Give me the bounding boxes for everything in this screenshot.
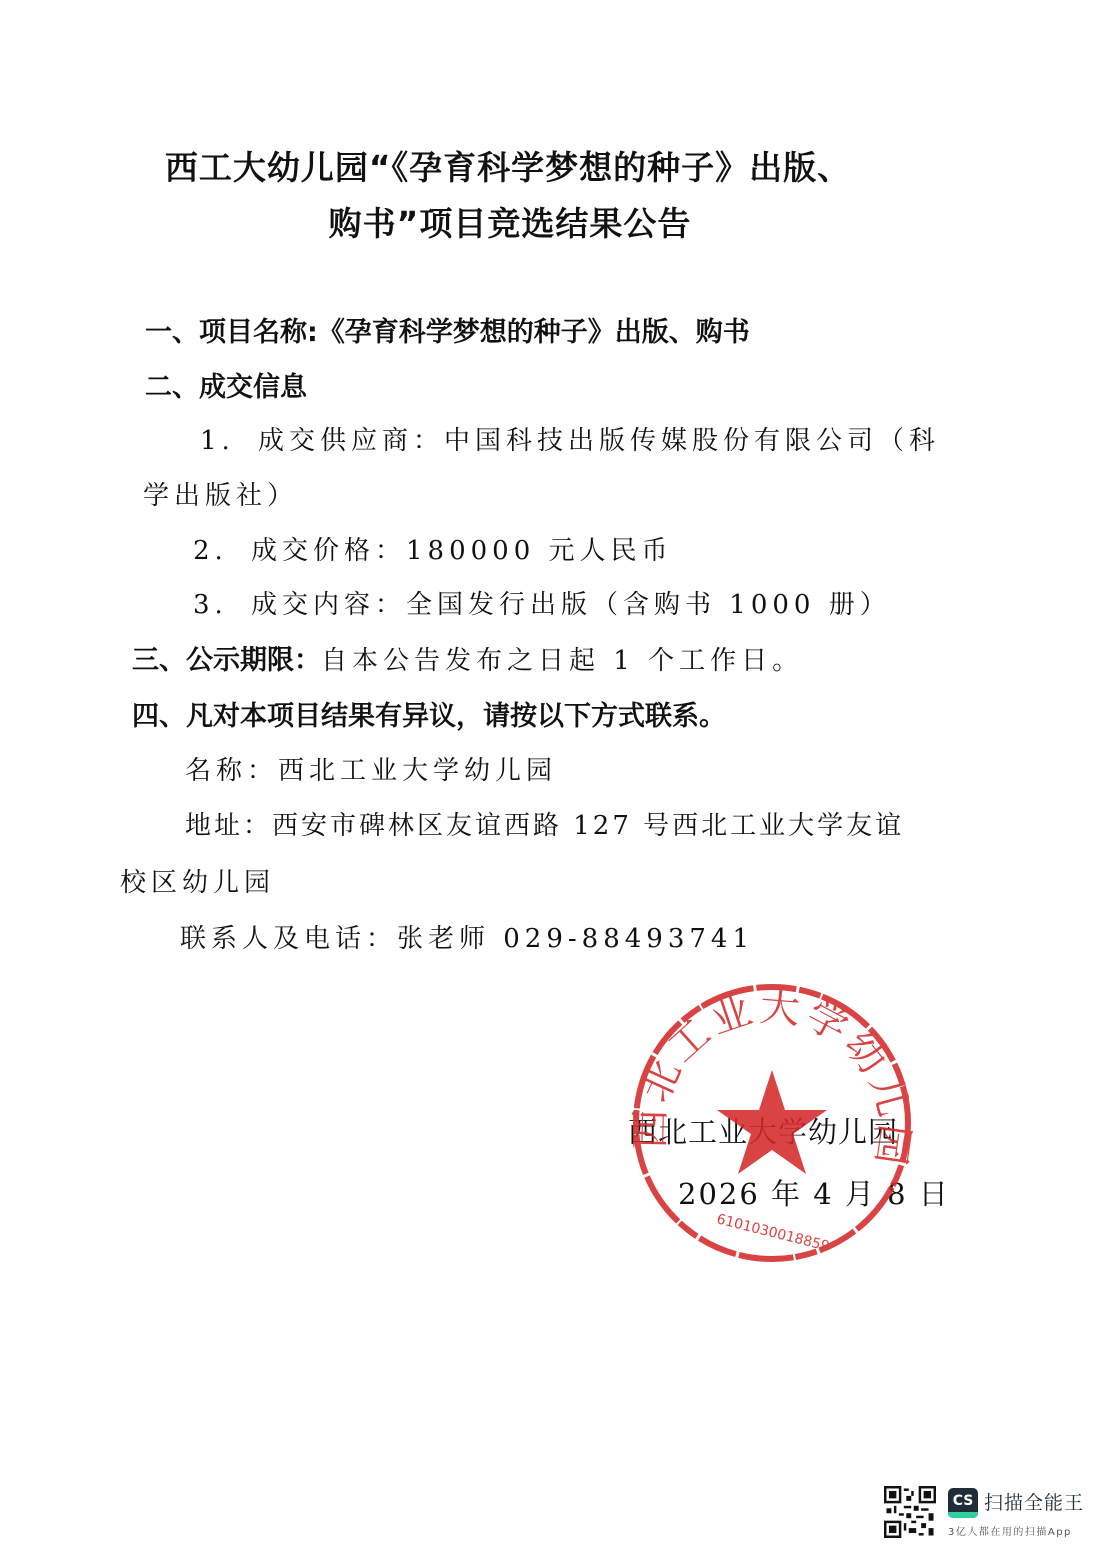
deal-item-content: 3.成交内容：全国发行出版（含购书 1000 册） [193,584,891,621]
qr-code-icon [884,1486,936,1538]
section-1-label: 一、项目名称: [145,317,318,348]
publicity-period-value: 自本公告发布之日起 1 个工作日。 [321,646,803,676]
section-4-label: 四、凡对本项目结果有异议，请按以下方式联系。 [132,694,726,733]
signature-date: 2026 年 4 月 8 日 [678,1172,950,1213]
document-title-line-1: 西工大幼儿园“《孕育科学梦想的种子》出版、 [8,142,1008,189]
item-label: 成交供应商： [258,426,444,456]
deal-item-supplier-continuation: 学出版社） [143,475,298,512]
signature-org: 西北工业大学幼儿园 [628,1110,898,1151]
contact-phone: 联系人及电话：张老师 029-88493741 [180,918,754,955]
item-number: 1. [200,426,258,456]
stamp-code: 6101030018859 [715,1211,831,1255]
section-2-label: 二、成交信息 [145,365,307,404]
item-value: 中国科技出版传媒股份有限公司（科 [444,426,940,456]
item-value: 全国发行出版（含购书 1000 册） [406,590,891,620]
contact-address-line-1: 地址：西安市碑林区友谊西路 127 号西北工业大学友谊 [185,805,904,842]
item-number: 3. [193,590,251,620]
item-number: 2. [193,536,251,566]
section-publicity-period: 三、公示期限：自本公告发布之日起 1 个工作日。 [132,638,803,677]
document-page: 西工大幼儿园“《孕育科学梦想的种子》出版、 购书”项目竞选结果公告 一、项目名称… [0,0,1102,1559]
scanner-watermark: CS 扫描全能王 3亿人都在用的扫描App [878,1483,1098,1545]
item-label: 成交价格： [251,536,406,566]
camscanner-logo-icon: CS [948,1488,978,1518]
camscanner-app-name: 扫描全能王 [984,1488,1084,1515]
deal-item-price: 2.成交价格：180000 元人民币 [193,530,673,567]
camscanner-tagline: 3亿人都在用的扫描App [948,1523,1072,1538]
section-3-label: 三、公示期限： [132,645,321,676]
contact-address-line-2: 校区幼儿园 [120,862,275,899]
item-label: 成交内容： [251,590,406,620]
item-value: 180000 元人民币 [406,536,673,566]
contact-name: 名称：西北工业大学幼儿园 [185,750,557,787]
document-title-line-2: 购书”项目竞选结果公告 [10,198,1010,245]
project-name-value: 《孕育科学梦想的种子》出版、购书 [318,317,750,348]
section-project-name: 一、项目名称:《孕育科学梦想的种子》出版、购书 [145,310,750,349]
deal-item-supplier: 1.成交供应商：中国科技出版传媒股份有限公司（科 [200,420,940,457]
